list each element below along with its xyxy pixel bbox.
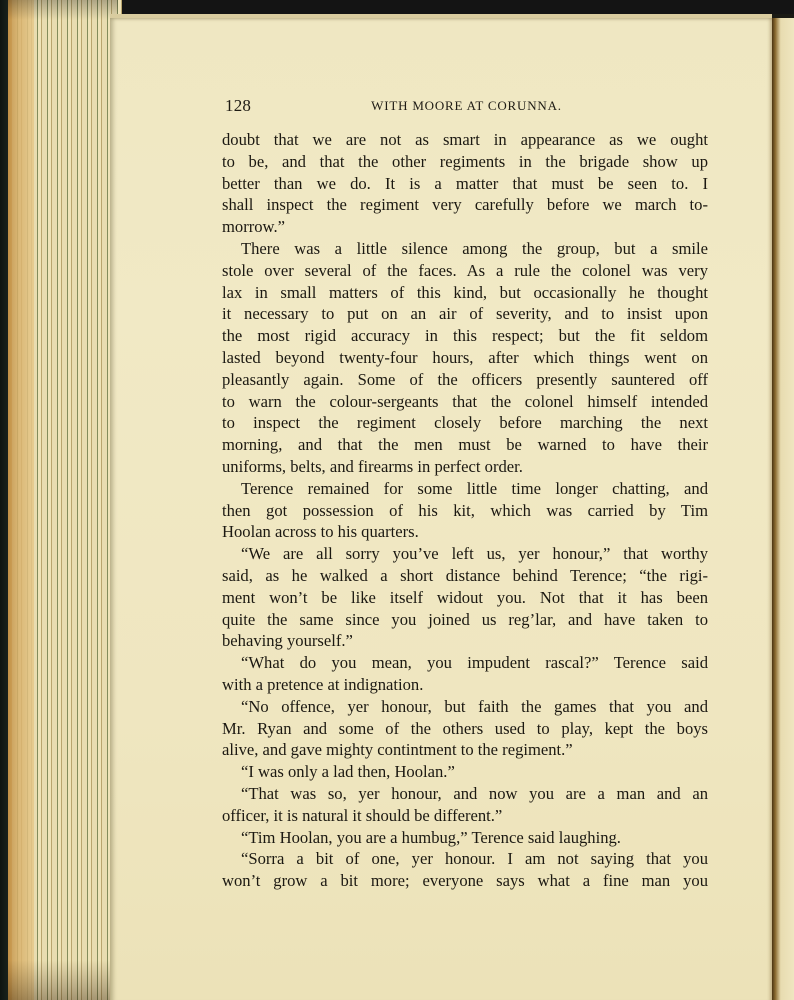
text-line: to warn the colour-sergeants that the co… bbox=[222, 391, 708, 413]
text-line: behaving yourself.” bbox=[222, 630, 708, 652]
text-line: “We are all sorry you’ve left us, yer ho… bbox=[222, 543, 708, 565]
text-line: “Tim Hoolan, you are a humbug,” Terence … bbox=[222, 827, 708, 849]
text-line: the most rigid accuracy in this respect;… bbox=[222, 325, 708, 347]
text-line: lax in small matters of this kind, but o… bbox=[222, 282, 708, 304]
text-line: with a pretence at indignation. bbox=[222, 674, 708, 696]
text-line: better than we do. It is a matter that m… bbox=[222, 173, 708, 195]
page-header: 128 WITH MOORE AT CORUNNA. bbox=[225, 96, 708, 116]
text-line: Terence remained for some little time lo… bbox=[222, 478, 708, 500]
text-line: pleasantly again. Some of the officers p… bbox=[222, 369, 708, 391]
text-line: lasted beyond twenty-four hours, after w… bbox=[222, 347, 708, 369]
text-line: Mr. Ryan and some of the others used to … bbox=[222, 718, 708, 740]
text-line: alive, and gave mighty contintment to th… bbox=[222, 739, 708, 761]
text-line: “Sorra a bit of one, yer honour. I am no… bbox=[222, 848, 708, 870]
text-line: it necessary to put on an air of severit… bbox=[222, 303, 708, 325]
text-line: doubt that we are not as smart in appear… bbox=[222, 129, 708, 151]
text-line: shall inspect the regiment very carefull… bbox=[222, 194, 708, 216]
text-line: then got possession of his kit, which wa… bbox=[222, 500, 708, 522]
text-line: to inspect the regiment closely before m… bbox=[222, 412, 708, 434]
page-number: 128 bbox=[225, 96, 251, 116]
text-line: uniforms, belts, and firearms in perfect… bbox=[222, 456, 708, 478]
text-line: “What do you mean, you impudent rascal?”… bbox=[222, 652, 708, 674]
text-line: said, as he walked a short distance behi… bbox=[222, 565, 708, 587]
text-line: officer, it is natural it should be diff… bbox=[222, 805, 708, 827]
text-line: morning, and that the men must be warned… bbox=[222, 434, 708, 456]
text-line: morrow.” bbox=[222, 216, 708, 238]
text-line: ment won’t be like itself widout you. No… bbox=[222, 587, 708, 609]
text-line: “I was only a lad then, Hoolan.” bbox=[222, 761, 708, 783]
text-line: Hoolan across to his quarters. bbox=[222, 521, 708, 543]
text-line: stole over several of the faces. As a ru… bbox=[222, 260, 708, 282]
text-line: to be, and that the other regiments in t… bbox=[222, 151, 708, 173]
text-line: won’t grow a bit more; everyone says wha… bbox=[222, 870, 708, 892]
running-head: WITH MOORE AT CORUNNA. bbox=[285, 98, 708, 114]
page-stack-shadow bbox=[8, 0, 118, 1000]
body-text: doubt that we are not as smart in appear… bbox=[222, 129, 708, 892]
text-line: “That was so, yer honour, and now you ar… bbox=[222, 783, 708, 805]
text-line: “No offence, yer honour, but faith the g… bbox=[222, 696, 708, 718]
text-line: quite the same since you joined us reg’l… bbox=[222, 609, 708, 631]
text-line: There was a little silence among the gro… bbox=[222, 238, 708, 260]
facing-page-edge bbox=[772, 18, 794, 1000]
